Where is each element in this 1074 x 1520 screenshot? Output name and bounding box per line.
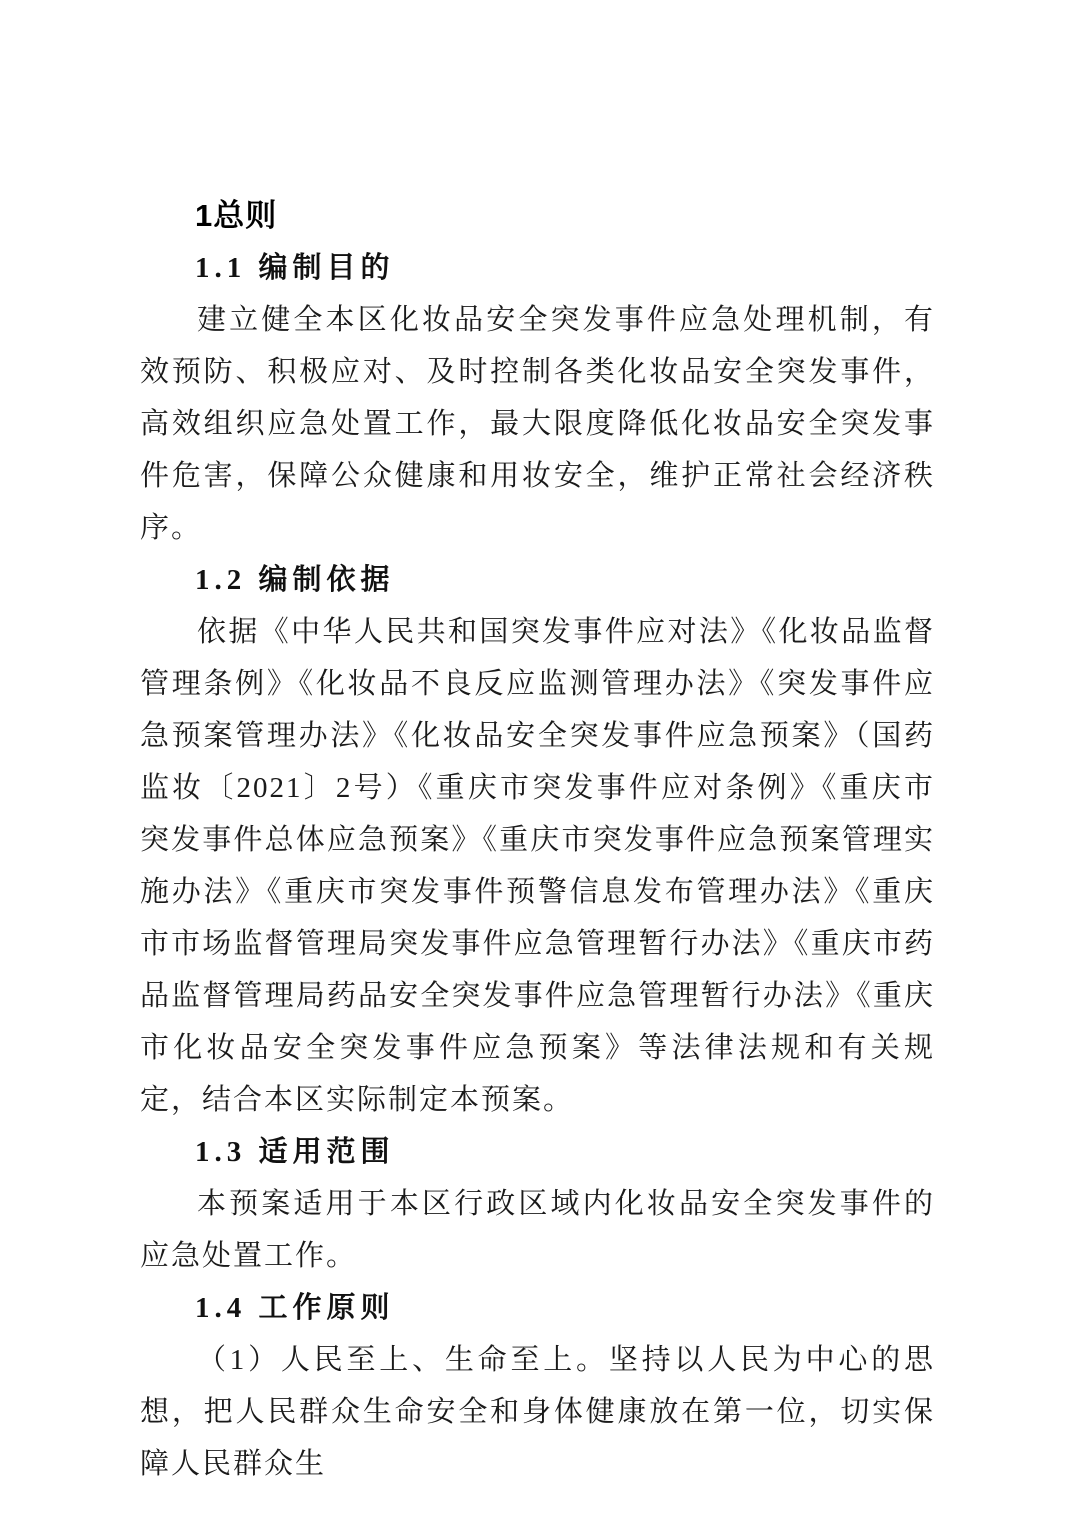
paragraph-working-principles: （1）人民至上、生命至上。坚持以人民为中心的思想，把人民群众生命安全和身体健康放… [140, 1334, 935, 1490]
section-heading-compilation-basis: 1.2 编制依据 [140, 554, 935, 606]
section-heading-working-principles: 1.4 工作原则 [140, 1282, 935, 1334]
paragraph-compilation-purpose: 建立健全本区化妆品安全突发事件应急处理机制，有效预防、积极应对、及时控制各类化妆… [140, 294, 935, 554]
chapter-heading-general-provisions: 1总则 [140, 190, 935, 242]
paragraph-scope-of-application: 本预案适用于本区行政区域内化妆品安全突发事件的应急处置工作。 [140, 1178, 935, 1282]
section-heading-compilation-purpose: 1.1 编制目的 [140, 242, 935, 294]
section-heading-scope-of-application: 1.3 适用范围 [140, 1126, 935, 1178]
paragraph-compilation-basis: 依据《中华人民共和国突发事件应对法》《化妆品监督管理条例》《化妆品不良反应监测管… [140, 606, 935, 1126]
document-page: 1总则 1.1 编制目的 建立健全本区化妆品安全突发事件应急处理机制，有效预防、… [0, 0, 1074, 1520]
